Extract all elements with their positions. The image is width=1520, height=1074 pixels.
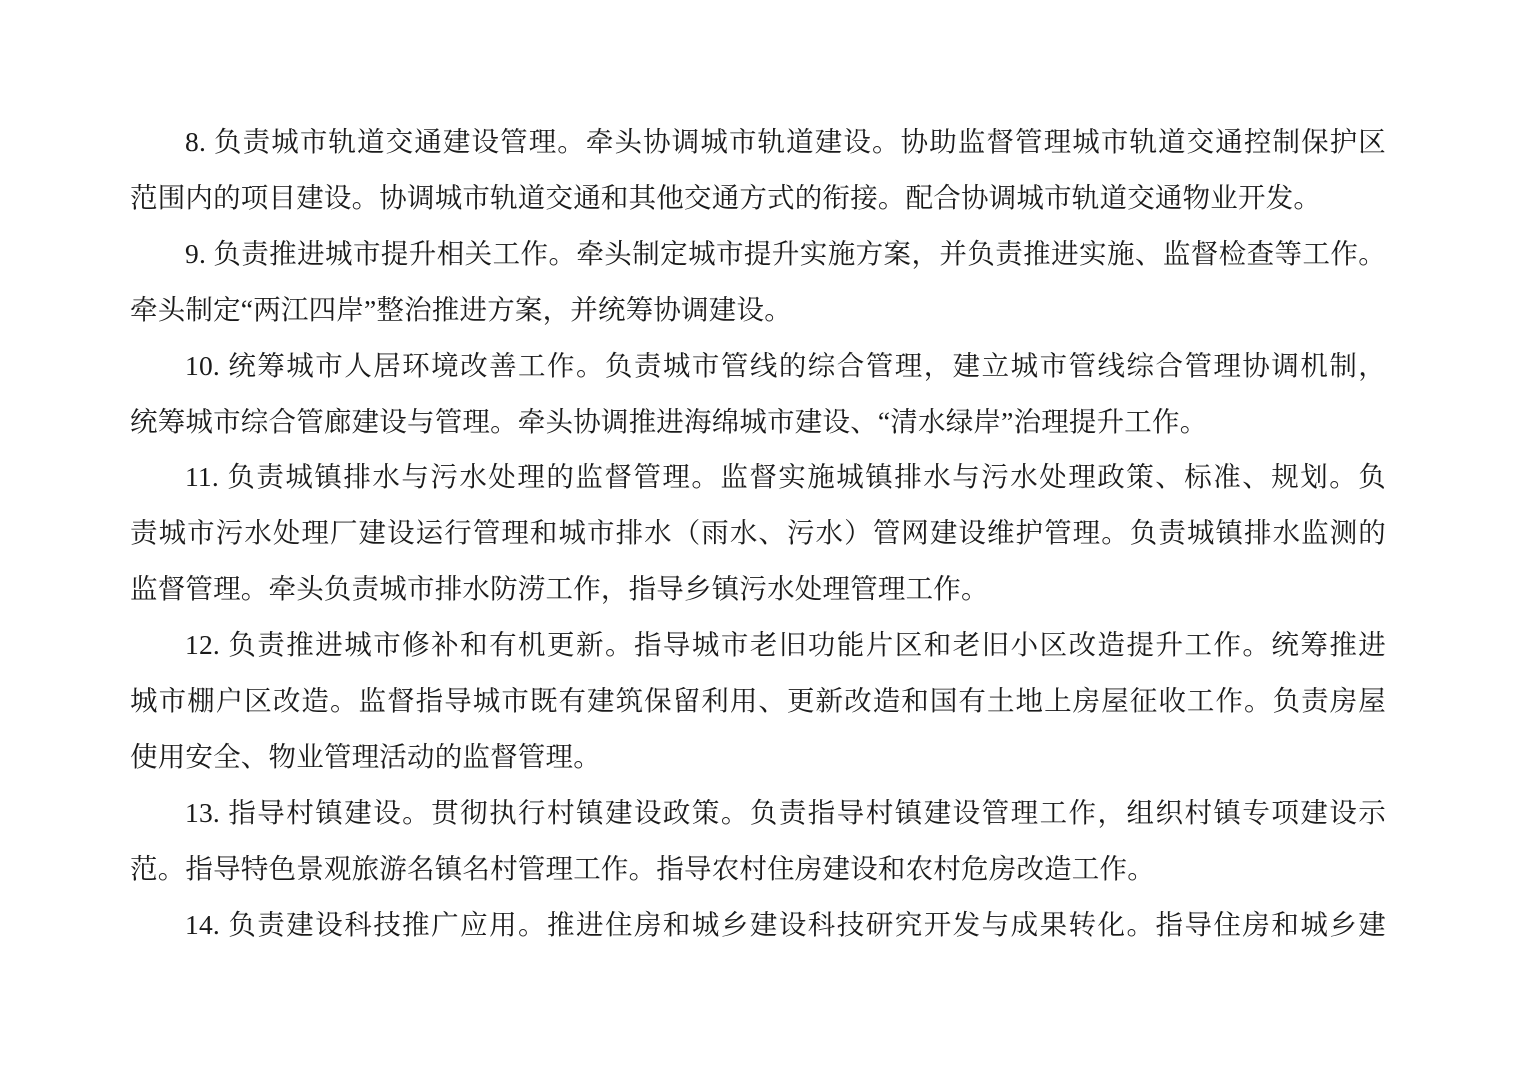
paragraph-13-line-2: 范。指导特色景观旅游名镇名村管理工作。指导农村住房建设和农村危房改造工作。	[130, 841, 1386, 897]
paragraph-9-line-1: 9. 负责推进城市提升相关工作。牵头制定城市提升实施方案，并负责推进实施、监督检…	[130, 226, 1386, 282]
paragraph-8: 8. 负责城市轨道交通建设管理。牵头协调城市轨道建设。协助监督管理城市轨道交通控…	[130, 114, 1386, 226]
paragraph-11: 11. 负责城镇排水与污水处理的监督管理。监督实施城镇排水与污水处理政策、标准、…	[130, 449, 1386, 617]
paragraph-8-line-2: 范围内的项目建设。协调城市轨道交通和其他交通方式的衔接。配合协调城市轨道交通物业…	[130, 170, 1386, 226]
paragraph-14-line-1: 14. 负责建设科技推广应用。推进住房和城乡建设科技研究开发与成果转化。指导住房…	[130, 897, 1386, 953]
paragraph-12-line-3: 使用安全、物业管理活动的监督管理。	[130, 729, 1386, 785]
paragraph-9-line-2: 牵头制定“两江四岸”整治推进方案，并统筹协调建设。	[130, 282, 1386, 338]
paragraph-12-line-2: 城市棚户区改造。监督指导城市既有建筑保留利用、更新改造和国有土地上房屋征收工作。…	[130, 673, 1386, 729]
paragraph-10: 10. 统筹城市人居环境改善工作。负责城市管线的综合管理，建立城市管线综合管理协…	[130, 338, 1386, 450]
paragraph-11-line-2: 责城市污水处理厂建设运行管理和城市排水（雨水、污水）管网建设维护管理。负责城镇排…	[130, 505, 1386, 561]
paragraph-14: 14. 负责建设科技推广应用。推进住房和城乡建设科技研究开发与成果转化。指导住房…	[130, 897, 1386, 953]
paragraph-13: 13. 指导村镇建设。贯彻执行村镇建设政策。负责指导村镇建设管理工作，组织村镇专…	[130, 785, 1386, 897]
paragraph-10-line-2: 统筹城市综合管廊建设与管理。牵头协调推进海绵城市建设、“清水绿岸”治理提升工作。	[130, 394, 1386, 450]
document-page: 8. 负责城市轨道交通建设管理。牵头协调城市轨道建设。协助监督管理城市轨道交通控…	[0, 0, 1520, 1074]
paragraph-9: 9. 负责推进城市提升相关工作。牵头制定城市提升实施方案，并负责推进实施、监督检…	[130, 226, 1386, 338]
paragraph-13-line-1: 13. 指导村镇建设。贯彻执行村镇建设政策。负责指导村镇建设管理工作，组织村镇专…	[130, 785, 1386, 841]
document-body: 8. 负责城市轨道交通建设管理。牵头协调城市轨道建设。协助监督管理城市轨道交通控…	[130, 114, 1386, 953]
paragraph-10-line-1: 10. 统筹城市人居环境改善工作。负责城市管线的综合管理，建立城市管线综合管理协…	[130, 338, 1386, 394]
paragraph-12: 12. 负责推进城市修补和有机更新。指导城市老旧功能片区和老旧小区改造提升工作。…	[130, 617, 1386, 785]
paragraph-8-line-1: 8. 负责城市轨道交通建设管理。牵头协调城市轨道建设。协助监督管理城市轨道交通控…	[130, 114, 1386, 170]
paragraph-11-line-3: 监督管理。牵头负责城市排水防涝工作，指导乡镇污水处理管理工作。	[130, 561, 1386, 617]
paragraph-12-line-1: 12. 负责推进城市修补和有机更新。指导城市老旧功能片区和老旧小区改造提升工作。…	[130, 617, 1386, 673]
paragraph-11-line-1: 11. 负责城镇排水与污水处理的监督管理。监督实施城镇排水与污水处理政策、标准、…	[130, 449, 1386, 505]
